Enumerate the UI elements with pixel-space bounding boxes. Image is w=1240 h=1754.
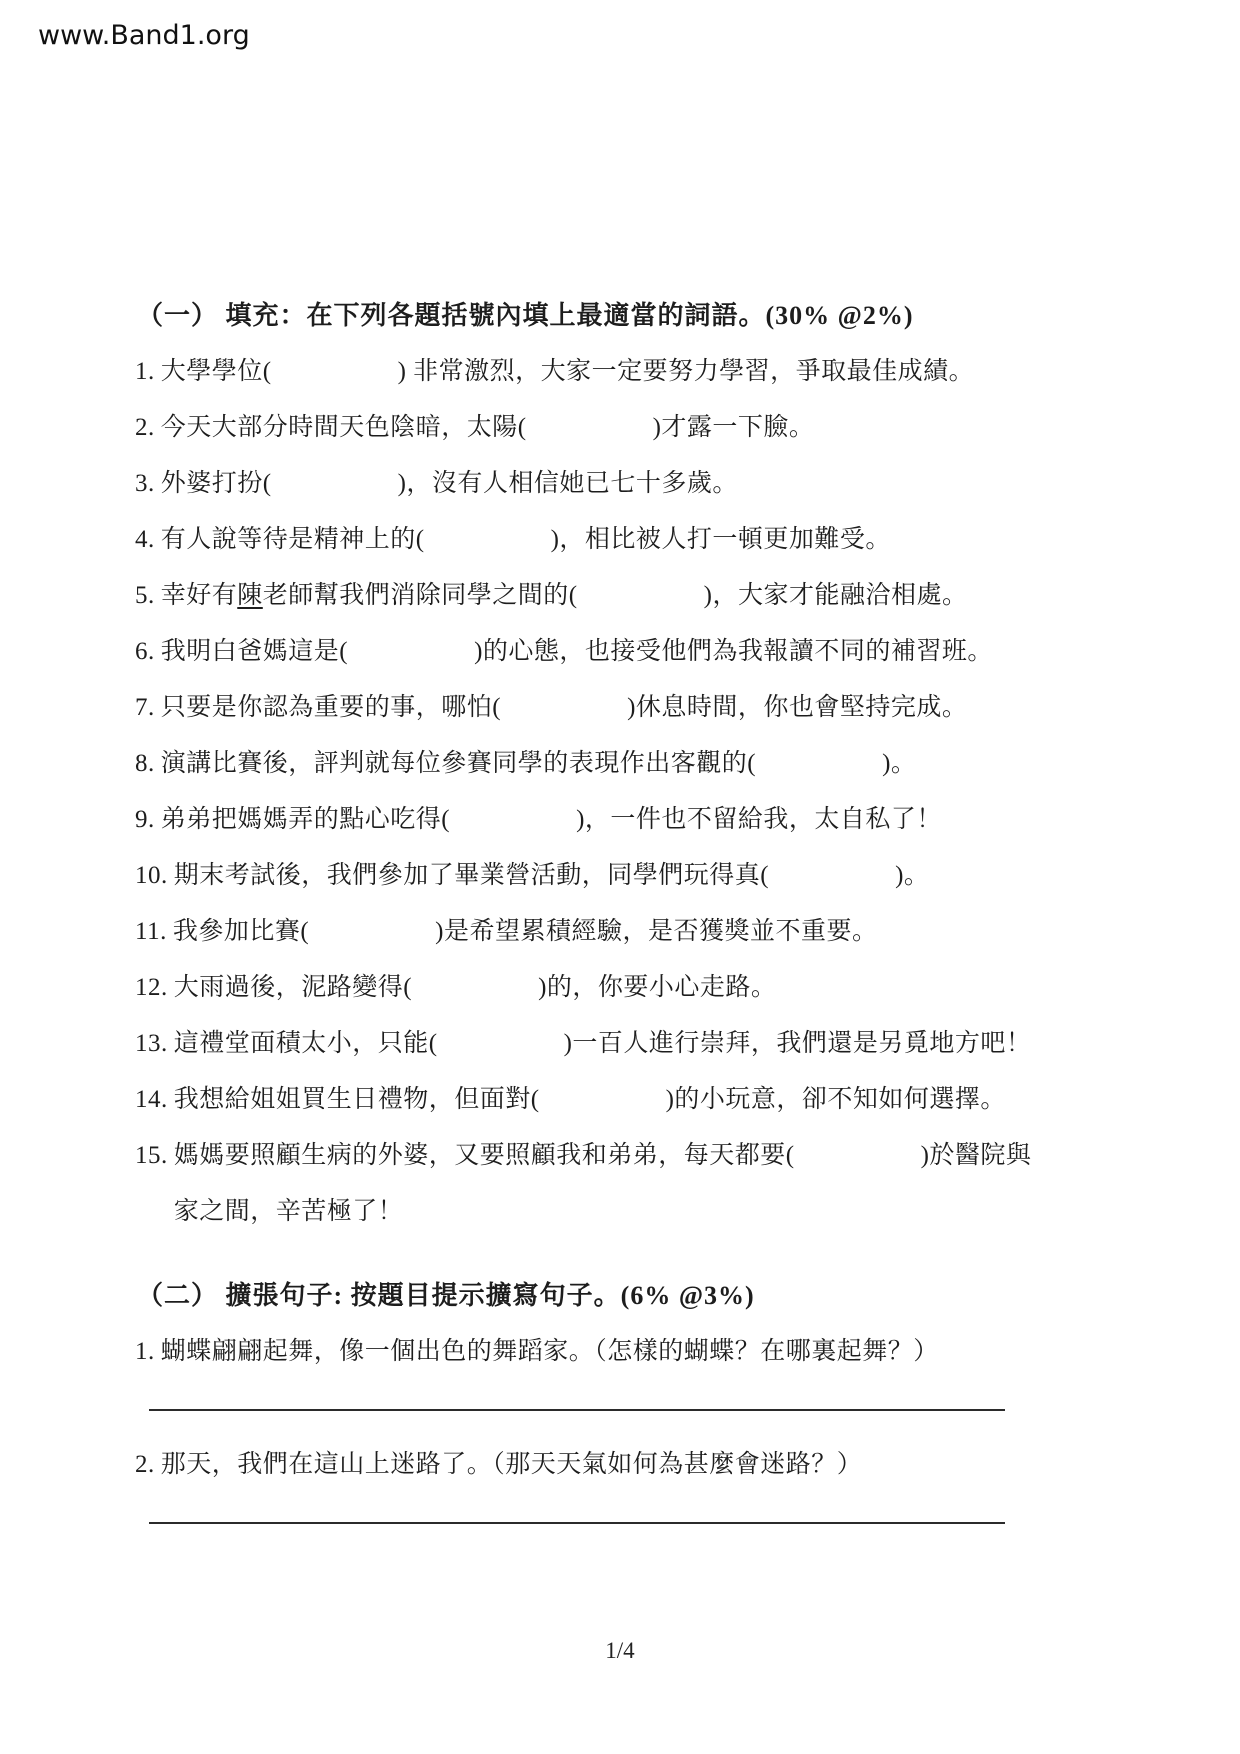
question-item: 2.今天大部分時間天色陰暗，太陽()才露一下臉。 — [135, 400, 1035, 456]
question-number: 1. — [135, 344, 161, 400]
text-segment: 蝴蝶翩翩起舞，像一個出色的舞蹈家。（怎樣的蝴蝶？在哪裏起舞？） — [161, 1338, 939, 1365]
answer-blank — [438, 1050, 564, 1051]
question-number: 12. — [135, 960, 174, 1016]
question-item: 12.大雨過後，泥路變得()的，你要小心走路。 — [135, 960, 1035, 1016]
text-segment: 是希望累積經驗，是否獲獎並不重要。 — [444, 918, 878, 945]
question-number: 11. — [135, 904, 173, 960]
text-segment: 那天，我們在這山上迷路了。（那天天氣如何為甚麼會迷路？） — [161, 1451, 863, 1478]
question-item: 13.這禮堂面積太小，只能()一百人進行崇拜，我們還是另覓地方吧！ — [135, 1016, 1035, 1072]
text-segment: ，大家才能融洽相處。 — [712, 582, 967, 609]
text-segment: 休息時間，你也會堅持完成。 — [636, 694, 968, 721]
text-segment: 。 — [891, 750, 917, 777]
question-item: 11.我參加比賽()是希望累積經驗，是否獲獎並不重要。 — [135, 904, 1035, 960]
section1-title: （一） 填充：在下列各題括號內填上最適當的詞語。(30% @2%) — [137, 296, 1035, 336]
text-segment: 演講比賽後，評判就每位參賽同學的表現作出客觀的 — [161, 750, 748, 777]
question-text: 只要是你認為重要的事，哪怕()休息時間，你也會堅持完成。 — [161, 680, 1035, 736]
question-text: 我參加比賽()是希望累積經驗，是否獲獎並不重要。 — [173, 904, 1035, 960]
question-number: 10. — [135, 848, 174, 904]
question-item: 3.外婆打扮()，沒有人相信她已七十多歲。 — [135, 456, 1035, 512]
question-number: 1. — [135, 1324, 161, 1380]
underlined-name: 陳 — [237, 582, 263, 609]
question-item: 2.那天，我們在這山上迷路了。（那天天氣如何為甚麼會迷路？） — [135, 1437, 1035, 1493]
text-segment: 我想給姐姐買生日禮物，但面對 — [174, 1086, 531, 1113]
text-segment: 我明白爸媽這是 — [161, 638, 340, 665]
question-text: 大雨過後，泥路變得()的，你要小心走路。 — [174, 960, 1035, 1016]
text-segment: 只要是你認為重要的事，哪怕 — [161, 694, 493, 721]
answer-blank — [272, 378, 398, 379]
text-segment: 弟弟把媽媽弄的點心吃得 — [161, 806, 442, 833]
text-segment: ，相比被人打一頓更加難受。 — [559, 526, 891, 553]
question-item: 5.幸好有陳老師幫我們消除同學之間的()，大家才能融洽相處。 — [135, 568, 1035, 624]
text-segment: 今天大部分時間天色陰暗，太陽 — [161, 414, 518, 441]
text-segment: 老師幫我們消除同學之間的 — [263, 582, 569, 609]
answer-blank — [309, 938, 435, 939]
question-number: 2. — [135, 400, 161, 456]
section1-items: 1.大學學位() 非常激烈，大家一定要努力學習，爭取最佳成績。2.今天大部分時間… — [135, 344, 1035, 1240]
question-text: 這禮堂面積太小，只能()一百人進行崇拜，我們還是另覓地方吧！ — [174, 1016, 1035, 1072]
question-item: 7.只要是你認為重要的事，哪怕()休息時間，你也會堅持完成。 — [135, 680, 1035, 736]
text-segment: ，沒有人相信她已七十多歲。 — [406, 470, 738, 497]
answer-blank — [540, 1106, 666, 1107]
question-item: 15.媽媽要照顧生病的外婆，又要照顧我和弟弟，每天都要()於醫院與家之間，辛苦極… — [135, 1128, 1035, 1240]
question-number: 6. — [135, 624, 161, 680]
answer-blank — [578, 602, 704, 603]
question-number: 4. — [135, 512, 161, 568]
answer-blank — [501, 714, 627, 715]
section2-title: （二） 擴張句子: 按題目提示擴寫句子。(6% @3%) — [137, 1276, 1035, 1316]
text-segment: 有人說等待是精神上的 — [161, 526, 416, 553]
question-item: 10.期末考試後，我們參加了畢業營活動，同學們玩得真()。 — [135, 848, 1035, 904]
question-item: 1.蝴蝶翩翩起舞，像一個出色的舞蹈家。（怎樣的蝴蝶？在哪裏起舞？） — [135, 1324, 1035, 1380]
text-segment: 大雨過後，泥路變得 — [174, 974, 404, 1001]
question-item: 9.弟弟把媽媽弄的點心吃得()，一件也不留給我，太自私了！ — [135, 792, 1035, 848]
question-number: 14. — [135, 1072, 174, 1128]
question-text: 我想給姐姐買生日禮物，但面對()的小玩意，卻不知如何選擇。 — [174, 1072, 1035, 1128]
text-segment: 大學學位 — [161, 358, 263, 385]
question-number: 8. — [135, 736, 161, 792]
question-item: 6.我明白爸媽這是()的心態，也接受他們為我報讀不同的補習班。 — [135, 624, 1035, 680]
text-segment: 非常激烈，大家一定要努力學習，爭取最佳成績。 — [406, 358, 974, 385]
question-number: 9. — [135, 792, 161, 848]
text-segment: 一百人進行崇拜，我們還是另覓地方吧！ — [572, 1030, 1031, 1057]
question-text: 蝴蝶翩翩起舞，像一個出色的舞蹈家。（怎樣的蝴蝶？在哪裏起舞？） — [161, 1324, 1035, 1380]
answer-blank — [412, 994, 538, 995]
answer-line — [149, 1521, 1005, 1524]
text-segment: 的，你要小心走路。 — [547, 974, 777, 1001]
answer-blank — [450, 826, 576, 827]
text-segment: 。 — [904, 862, 930, 889]
question-text: 大學學位() 非常激烈，大家一定要努力學習，爭取最佳成績。 — [161, 344, 1035, 400]
answer-blank — [527, 434, 653, 435]
question-number: 5. — [135, 568, 161, 624]
text-segment: 外婆打扮 — [161, 470, 263, 497]
text-segment: 我參加比賽 — [173, 918, 301, 945]
answer-blank — [425, 546, 551, 547]
answer-blank — [756, 770, 882, 771]
text-segment: 的心態，也接受他們為我報讀不同的補習班。 — [483, 638, 993, 665]
answer-line — [149, 1408, 1005, 1411]
question-number: 7. — [135, 680, 161, 736]
question-text: 我明白爸媽這是()的心態，也接受他們為我報讀不同的補習班。 — [161, 624, 1035, 680]
answer-blank — [348, 658, 474, 659]
question-text: 外婆打扮()，沒有人相信她已七十多歲。 — [161, 456, 1035, 512]
answer-blank — [769, 882, 895, 883]
question-item: 8.演講比賽後，評判就每位參賽同學的表現作出客觀的()。 — [135, 736, 1035, 792]
question-number: 2. — [135, 1437, 161, 1493]
question-text: 有人說等待是精神上的()，相比被人打一頓更加難受。 — [161, 512, 1035, 568]
text-segment: 才露一下臉。 — [661, 414, 814, 441]
question-text: 今天大部分時間天色陰暗，太陽()才露一下臉。 — [161, 400, 1035, 456]
question-item: 4.有人說等待是精神上的()，相比被人打一頓更加難受。 — [135, 512, 1035, 568]
text-segment: 期末考試後，我們參加了畢業營活動，同學們玩得真 — [174, 862, 761, 889]
answer-blank — [795, 1162, 921, 1163]
section2-items: 1.蝴蝶翩翩起舞，像一個出色的舞蹈家。（怎樣的蝴蝶？在哪裏起舞？）2.那天，我們… — [135, 1324, 1035, 1524]
text-segment: 幸好有 — [161, 582, 238, 609]
question-item: 14.我想給姐姐買生日禮物，但面對()的小玩意，卻不知如何選擇。 — [135, 1072, 1035, 1128]
text-segment: 這禮堂面積太小，只能 — [174, 1030, 429, 1057]
question-text: 媽媽要照顧生病的外婆，又要照顧我和弟弟，每天都要()於醫院與家之間，辛苦極了！ — [174, 1128, 1035, 1240]
watermark: www.Band1.org — [38, 20, 250, 51]
answer-blank — [272, 490, 398, 491]
text-segment: ，一件也不留給我，太自私了！ — [585, 806, 942, 833]
question-text: 期末考試後，我們參加了畢業營活動，同學們玩得真()。 — [174, 848, 1035, 904]
question-text: 幸好有陳老師幫我們消除同學之間的()，大家才能融洽相處。 — [161, 568, 1035, 624]
question-number: 13. — [135, 1016, 174, 1072]
question-number: 3. — [135, 456, 161, 512]
question-text: 那天，我們在這山上迷路了。（那天天氣如何為甚麼會迷路？） — [161, 1437, 1035, 1493]
question-text: 弟弟把媽媽弄的點心吃得()，一件也不留給我，太自私了！ — [161, 792, 1035, 848]
page-number: 1/4 — [0, 1638, 1240, 1664]
exam-page-content: （一） 填充：在下列各題括號內填上最適當的詞語。(30% @2%) 1.大學學位… — [135, 296, 1035, 1550]
text-segment: 媽媽要照顧生病的外婆，又要照顧我和弟弟，每天都要 — [174, 1142, 786, 1169]
text-segment: 的小玩意，卻不知如何選擇。 — [674, 1086, 1006, 1113]
question-item: 1.大學學位() 非常激烈，大家一定要努力學習，爭取最佳成績。 — [135, 344, 1035, 400]
question-text: 演講比賽後，評判就每位參賽同學的表現作出客觀的()。 — [161, 736, 1035, 792]
question-number: 15. — [135, 1128, 174, 1184]
